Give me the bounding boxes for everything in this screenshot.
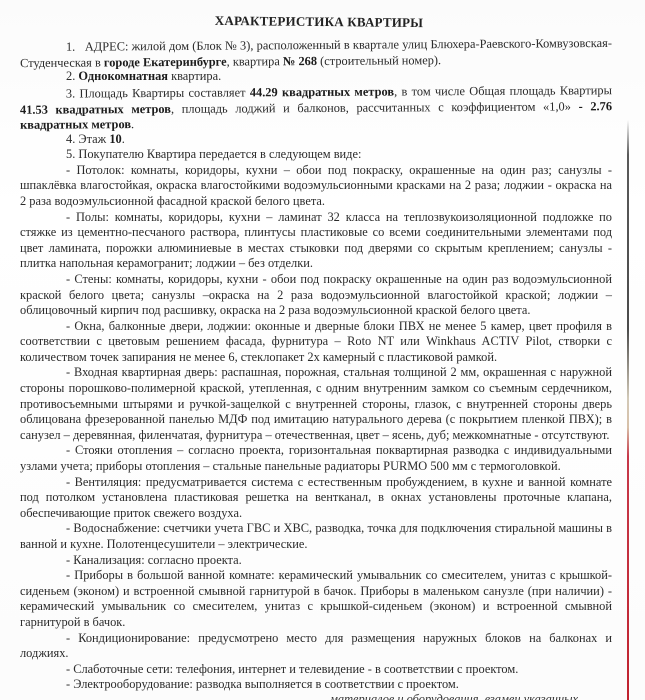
spec-bathroom-fixtures: - Приборы в большой ванной комнате: кера… (20, 568, 612, 630)
cut-off-text-line: материалов и оборудования, взамен указан… (330, 692, 578, 700)
spec-heating: - Стояки отопления – согласно проекта, г… (20, 443, 612, 474)
item-rooms: 2. Однокомнатная квартира. (20, 69, 612, 85)
apartment-number: № 268 (283, 54, 317, 68)
document-title: ХАРАКТЕРИСТИКА КВАРТИРЫ (26, 11, 612, 33)
spec-air-conditioning: - Кондиционирование: предусмотрено место… (20, 631, 612, 662)
page-edge-line (627, 120, 629, 700)
room-type: Однокомнатная (78, 69, 168, 83)
scanned-page: ХАРАКТЕРИСТИКА КВАРТИРЫ 1. АДРЕС: жилой … (0, 0, 645, 700)
spec-low-current: - Слаботочные сети: телефония, интернет … (20, 662, 612, 678)
spec-ceiling: - Потолок: комнаты, коридоры, кухни – об… (20, 163, 612, 210)
spec-sewage: - Канализация: согласно проекта. (20, 553, 612, 569)
general-area: 41.53 квадратных метров (20, 101, 171, 116)
spec-water-supply: - Водоснабжение: счетчики учета ГВС и ХВ… (20, 521, 612, 552)
floor-number: 10 (109, 132, 121, 146)
city-name: городе Екатеринбурге (104, 54, 227, 69)
spec-ventilation: - Вентиляция: предусматривается система … (20, 475, 612, 522)
item-area: 3. Площадь Квартиры составляет 44.29 ква… (20, 83, 612, 133)
item-address: 1. АДРЕС: жилой дом (Блок № 3), располож… (20, 36, 612, 71)
spec-electrical: - Электрооборудование: разводка выполняе… (20, 677, 612, 693)
spec-entry-door: - Входная квартирная дверь: распашная, п… (20, 365, 612, 443)
item-handover: 5. Покупателю Квартира передается в след… (20, 147, 612, 163)
spec-walls: - Стены: комнаты, коридоры, кухни - обои… (20, 272, 612, 319)
spec-floors: - Полы: комнаты, коридоры, кухни – ламин… (20, 210, 612, 272)
document-body: ХАРАКТЕРИСТИКА КВАРТИРЫ 1. АДРЕС: жилой … (20, 10, 612, 693)
total-area: 44.29 квадратных метров (250, 84, 394, 99)
item-floor: 4. Этаж 10. (20, 132, 612, 148)
spec-windows: - Окна, балконные двери, лоджии: оконные… (20, 319, 612, 366)
